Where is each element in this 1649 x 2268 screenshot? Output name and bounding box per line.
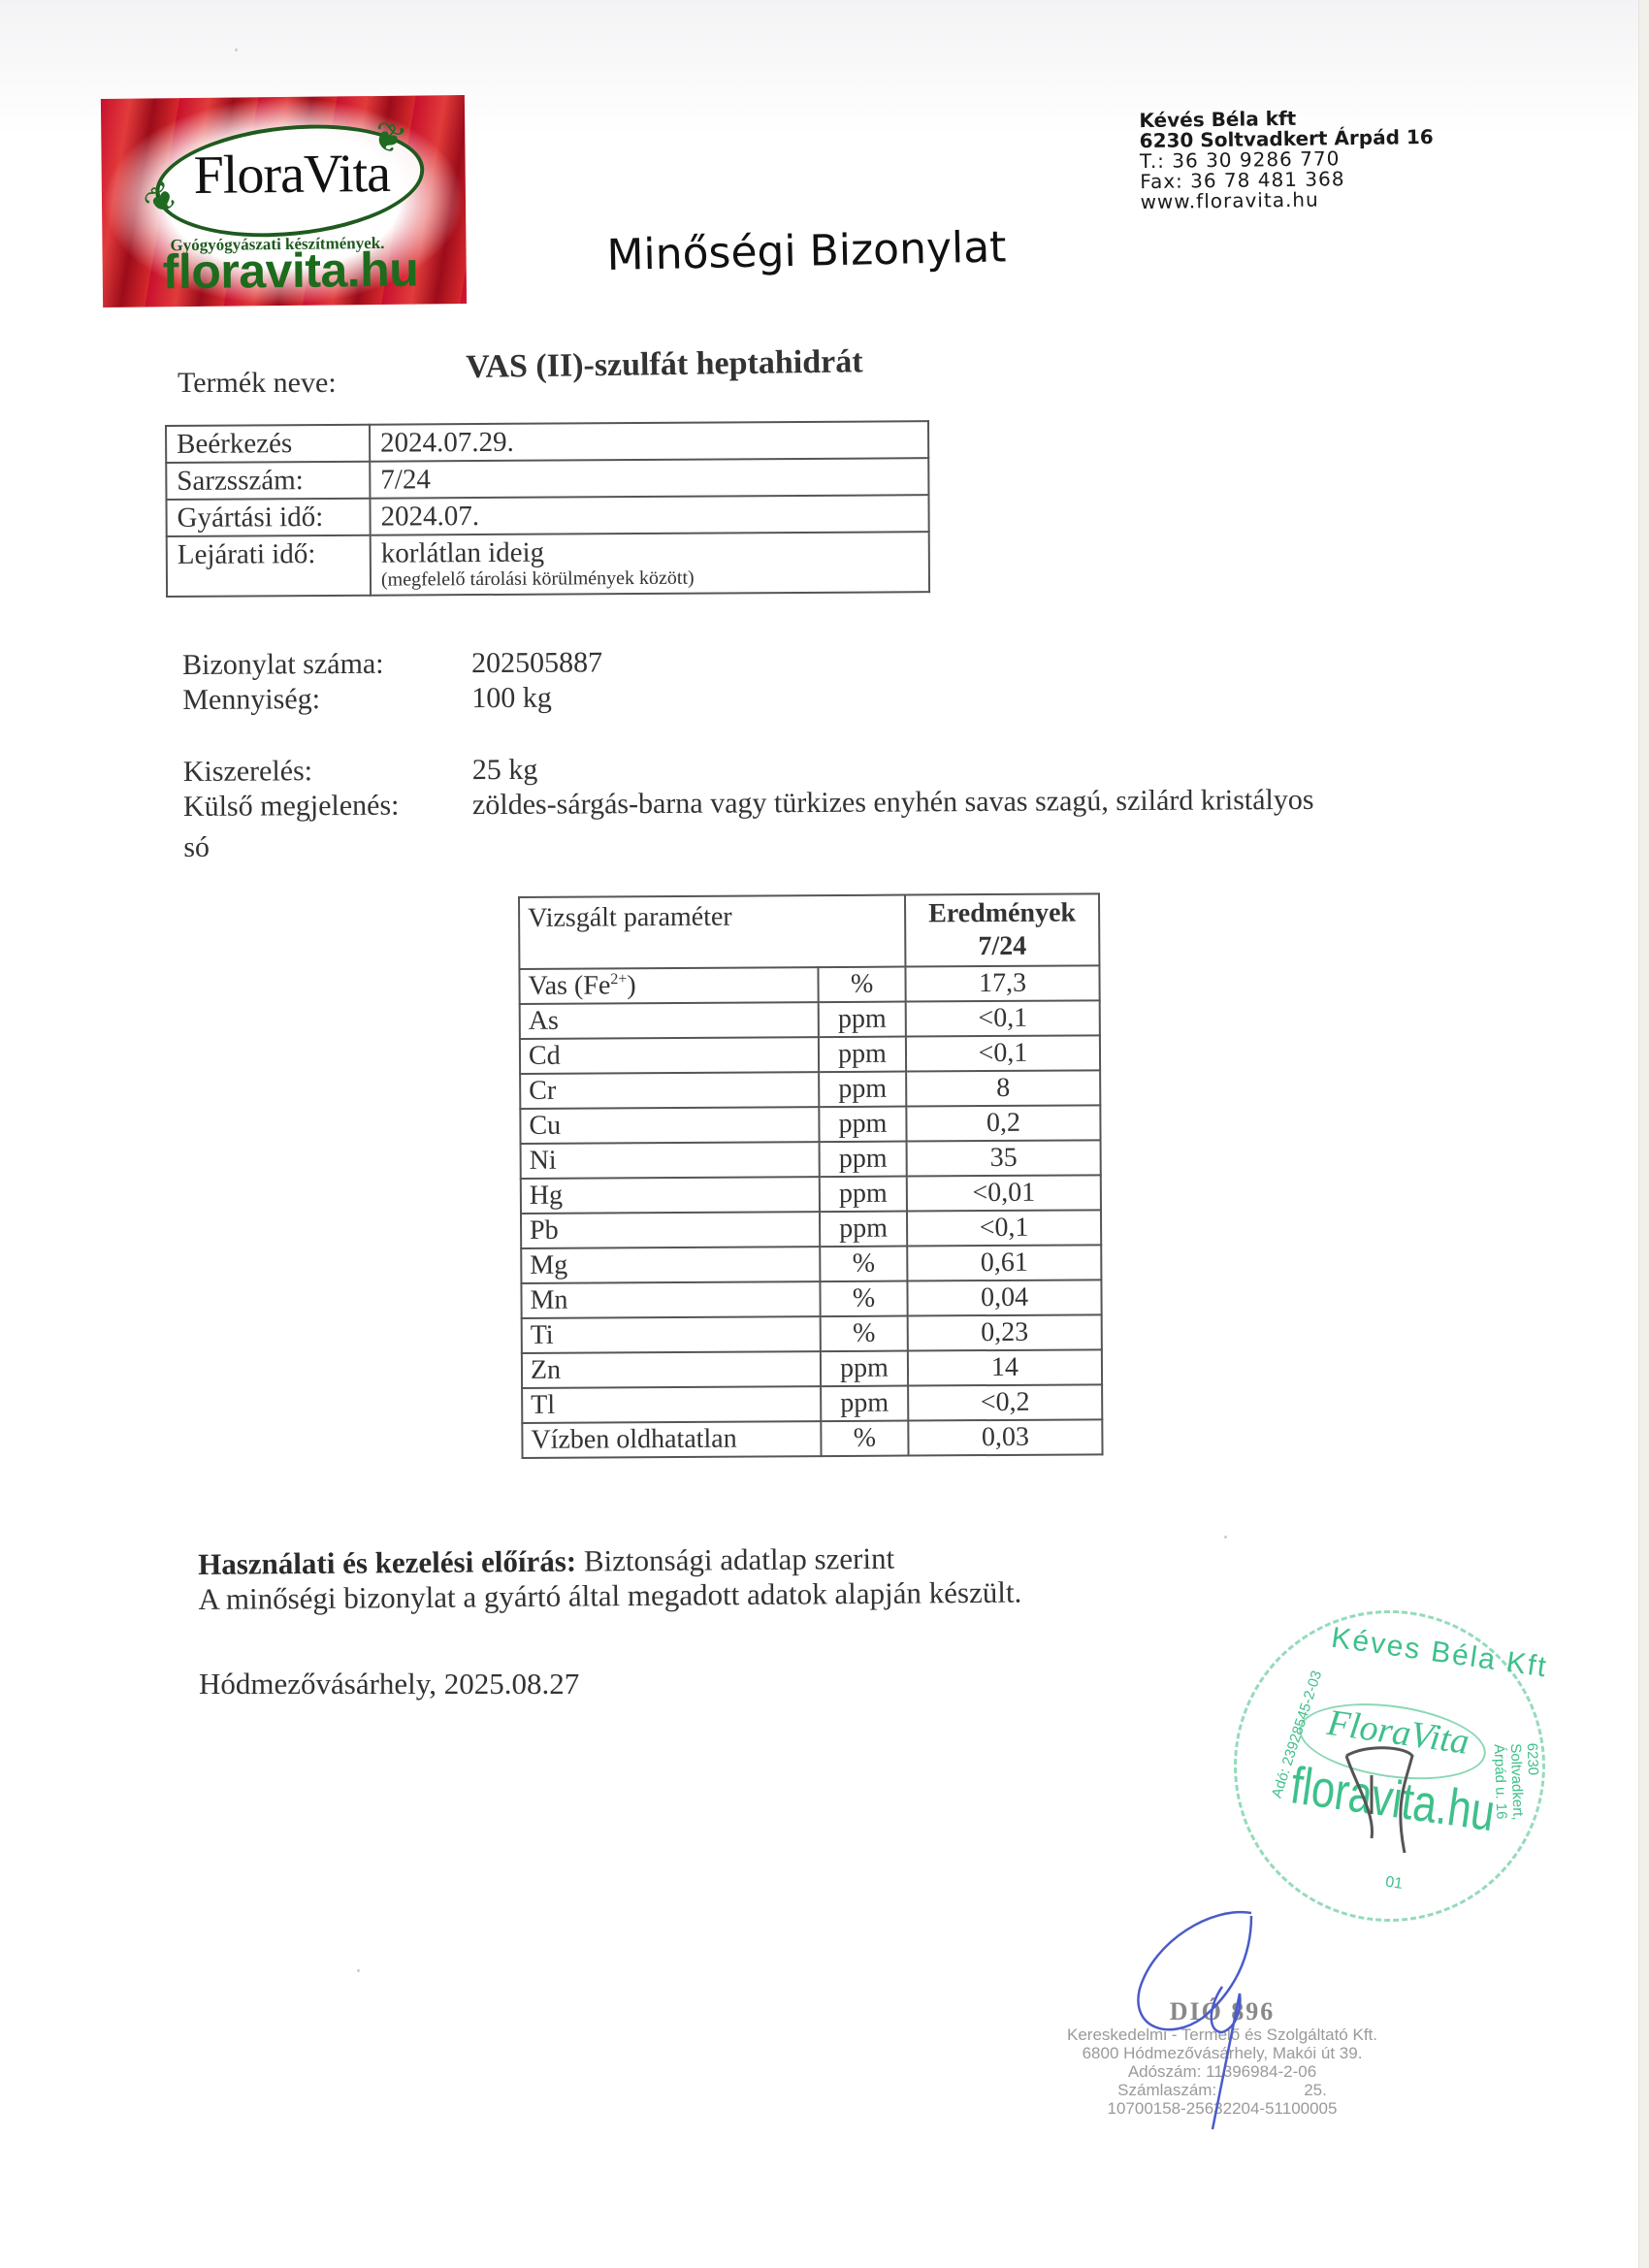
result-parameter: Hg xyxy=(521,1177,820,1214)
analysis-results-table: Vizsgált paraméter Eredmények 7/24 Vas (… xyxy=(518,892,1104,1459)
appearance-continuation: só xyxy=(183,824,1314,865)
signature-mark-icon xyxy=(1337,1746,1424,1863)
usage-label: Használati és kezelési előírás: xyxy=(198,1544,576,1581)
batch-info-table: Beérkezés2024.07.29.Sarzsszám:7/24Gyártá… xyxy=(165,420,930,598)
parameter-name: Cu xyxy=(529,1111,561,1141)
result-unit: ppm xyxy=(821,1351,908,1387)
result-unit: % xyxy=(820,1247,907,1282)
parameter-name: Tl xyxy=(531,1390,555,1420)
appearance-row: Külső megjelenés: zöldes-sárgás-barna va… xyxy=(183,783,1314,825)
header-parameter: Vizsgált paraméter xyxy=(519,895,905,969)
parameter-name: Ti xyxy=(531,1320,554,1350)
logo-brand: FloraVita xyxy=(193,143,390,207)
place-and-date: Hódmezővásárhely, 2025.08.27 xyxy=(199,1667,579,1701)
parameter-name: As xyxy=(529,1006,559,1036)
certificate-details: Bizonylat száma: 202505887 Mennyiség: 10… xyxy=(182,641,1314,865)
result-unit: ppm xyxy=(819,1037,906,1073)
document-title: Minőségi Bizonylat xyxy=(606,222,1007,280)
statement-line: A minőségi bizonylat a gyártó által mega… xyxy=(198,1575,1021,1617)
stamp-ring-text: Kéves Béla Kft xyxy=(1329,1622,1549,1685)
company-contact-block: Kévés Béla kft 6230 Soltvadkert Árpád 16… xyxy=(1139,107,1434,212)
signature-icon xyxy=(1115,1901,1309,2134)
certificate-number-label: Bizonylat száma: xyxy=(182,646,471,683)
result-parameter: Zn xyxy=(522,1351,821,1388)
result-row: Crppm8 xyxy=(520,1070,1100,1109)
result-row: Tlppm<0,2 xyxy=(522,1384,1102,1423)
quantity-value: 100 kg xyxy=(471,681,552,717)
info-value-cell: korlátlan ideig(megfelelő tárolási körül… xyxy=(371,532,929,596)
result-parameter: Cd xyxy=(520,1037,819,1074)
result-value: 8 xyxy=(906,1070,1100,1106)
company-web: www.floravita.hu xyxy=(1140,188,1434,212)
stamp-right-text: 6230 Soltvadkert, Árpád u. 16 xyxy=(1491,1742,1543,1821)
stamp-number: 01 xyxy=(1384,1874,1404,1894)
info-value: korlátlan ideig xyxy=(381,537,545,569)
result-value: 0,03 xyxy=(908,1419,1102,1455)
result-row: Znppm14 xyxy=(522,1349,1102,1388)
result-unit: ppm xyxy=(820,1177,907,1213)
result-unit: % xyxy=(821,1316,908,1352)
result-unit: % xyxy=(821,1421,908,1457)
result-value: <0,01 xyxy=(907,1175,1101,1211)
result-row: Asppm<0,1 xyxy=(520,1000,1100,1039)
parameter-name: Vízben oldhatatlan xyxy=(531,1424,736,1455)
result-row: Vas (Fe2+)%17,3 xyxy=(519,965,1099,1004)
result-row: Mn%0,04 xyxy=(521,1280,1101,1318)
result-row: Mg%0,61 xyxy=(521,1245,1101,1283)
parameter-name: Vas (Fe xyxy=(528,970,610,1001)
result-parameter: Mn xyxy=(521,1281,820,1318)
info-value: 2024.07. xyxy=(380,501,479,533)
parameter-name: Mg xyxy=(530,1250,567,1280)
header-batch-label: 7/24 xyxy=(906,929,1098,963)
packaging-label: Kiszerelés: xyxy=(183,753,472,790)
scan-speck xyxy=(357,1969,360,1972)
result-value: <0,1 xyxy=(906,1035,1100,1071)
result-row: Pbppm<0,1 xyxy=(521,1210,1101,1248)
info-value: 2024.07.29. xyxy=(380,427,514,459)
info-row: Lejárati idő:korlátlan ideig(megfelelő t… xyxy=(167,532,929,597)
result-row: Ti%0,23 xyxy=(522,1314,1102,1353)
appearance-cont-value: só xyxy=(183,830,210,865)
product-label: Termék neve: xyxy=(178,367,337,400)
result-value: <0,1 xyxy=(906,1000,1100,1036)
logo-site: floravita.hu xyxy=(162,242,418,301)
parameter-superscript: 2+ xyxy=(610,971,627,988)
result-value: <0,2 xyxy=(908,1384,1102,1420)
result-value: 0,04 xyxy=(907,1280,1101,1315)
product-name: VAS (II)-szulfát heptahidrát xyxy=(466,343,863,386)
result-row: Cdppm<0,1 xyxy=(520,1035,1100,1074)
result-parameter: Vas (Fe2+) xyxy=(519,967,818,1004)
result-unit: ppm xyxy=(819,1107,906,1143)
result-parameter: As xyxy=(520,1002,819,1039)
info-value: 7/24 xyxy=(380,464,431,495)
result-parameter: Ti xyxy=(522,1316,821,1353)
result-row: Nippm35 xyxy=(521,1140,1101,1179)
result-unit: ppm xyxy=(820,1142,907,1178)
result-parameter: Tl xyxy=(522,1386,821,1423)
result-row: Hgppm<0,01 xyxy=(521,1175,1101,1214)
parameter-name: Cd xyxy=(529,1041,561,1071)
info-row: Sarzsszám:7/24 xyxy=(166,458,928,500)
info-row: Beérkezés2024.07.29. xyxy=(166,421,928,463)
packaging-value: 25 kg xyxy=(472,753,538,788)
result-value: 0,61 xyxy=(907,1245,1101,1280)
parameter-name: Pb xyxy=(530,1215,559,1246)
result-unit: ppm xyxy=(819,1002,906,1038)
info-value-cell: 2024.07.29. xyxy=(370,421,928,462)
parameter-name: Ni xyxy=(530,1146,557,1176)
header-results: Eredmények 7/24 xyxy=(905,893,1099,966)
usage-value: Biztonsági adatlap szerint xyxy=(576,1541,894,1578)
floravita-logo: ❦ ❦ FloraVita Gyógyógyászati készítménye… xyxy=(101,95,467,308)
info-note: (megfelelő tárolási körülmények között) xyxy=(381,566,919,594)
info-label: Lejárati idő: xyxy=(167,535,371,597)
scan-speck xyxy=(235,49,238,51)
result-parameter: Cu xyxy=(520,1107,819,1144)
certificate-number-value: 202505887 xyxy=(471,645,602,681)
result-parameter: Ni xyxy=(521,1142,820,1179)
info-value-cell: 2024.07. xyxy=(370,495,928,535)
scan-edge xyxy=(1638,0,1649,2268)
result-value: 17,3 xyxy=(905,965,1099,1001)
result-value: 14 xyxy=(908,1349,1102,1385)
scan-speck xyxy=(1224,1536,1227,1539)
result-parameter: Mg xyxy=(521,1247,820,1283)
result-row: Vízben oldhatatlan%0,03 xyxy=(522,1419,1102,1458)
result-unit: ppm xyxy=(821,1386,908,1422)
info-row: Gyártási idő:2024.07. xyxy=(166,495,928,536)
result-unit: % xyxy=(820,1281,907,1317)
header-results-label: Eredmények xyxy=(906,896,1098,930)
parameter-name: Mn xyxy=(530,1285,567,1315)
parameter-name: Hg xyxy=(530,1181,563,1211)
result-row: Cuppm0,2 xyxy=(520,1105,1100,1144)
footer-notes: Használati és kezelési előírás: Biztonsá… xyxy=(198,1540,1021,1617)
result-value: <0,1 xyxy=(907,1210,1101,1246)
results-header-row: Vizsgált paraméter Eredmények 7/24 xyxy=(519,893,1099,969)
appearance-value: zöldes-sárgás-barna vagy türkizes enyhén… xyxy=(472,783,1314,823)
info-label: Beérkezés xyxy=(166,425,370,463)
parameter-name: Cr xyxy=(529,1076,556,1106)
parameter-suffix: ) xyxy=(627,970,636,1000)
result-unit: ppm xyxy=(819,1072,906,1108)
result-unit: % xyxy=(818,967,905,1003)
result-value: 0,23 xyxy=(908,1314,1102,1350)
result-unit: ppm xyxy=(820,1212,907,1247)
result-value: 35 xyxy=(907,1140,1101,1176)
info-value-cell: 7/24 xyxy=(370,458,928,499)
quantity-label: Mennyiség: xyxy=(182,681,471,718)
info-label: Gyártási idő: xyxy=(166,499,370,536)
result-value: 0,2 xyxy=(906,1105,1100,1141)
result-parameter: Pb xyxy=(521,1212,820,1248)
appearance-label: Külső megjelenés: xyxy=(183,788,472,825)
parameter-name: Zn xyxy=(531,1355,561,1385)
info-label: Sarzsszám: xyxy=(166,462,370,500)
result-parameter: Cr xyxy=(520,1072,819,1109)
result-parameter: Vízben oldhatatlan xyxy=(522,1421,821,1458)
